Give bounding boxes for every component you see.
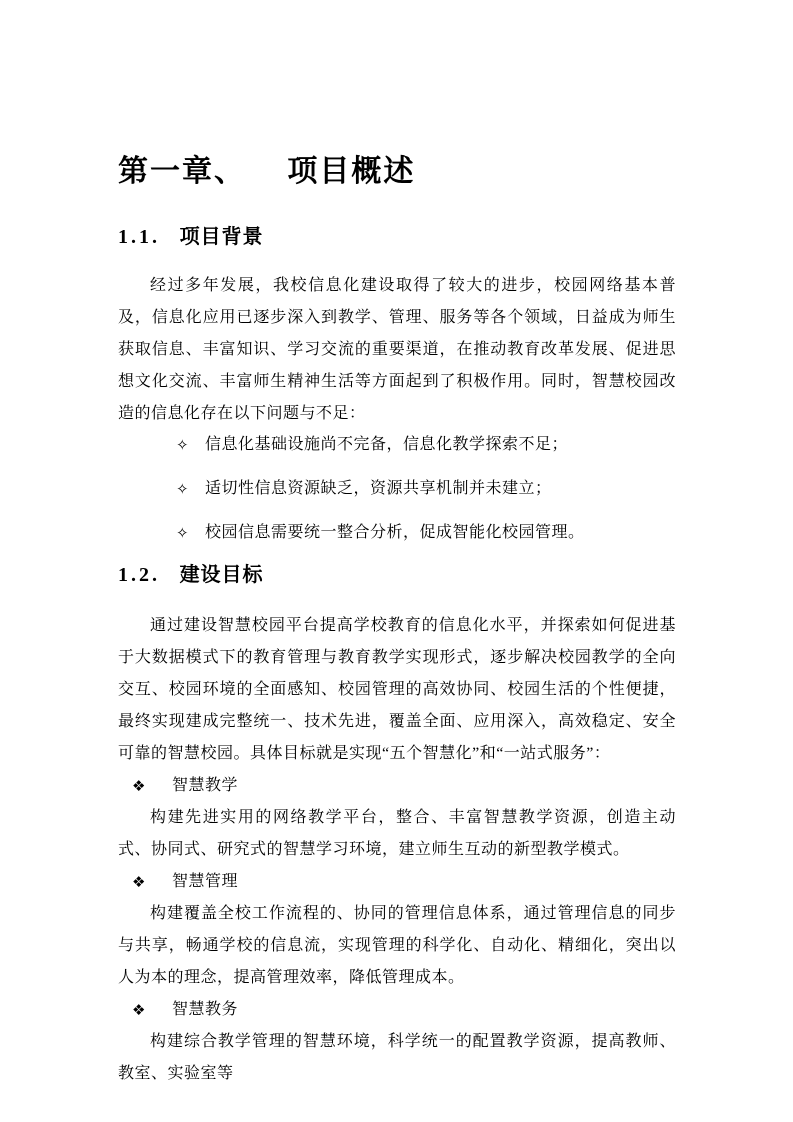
list-item-text: 校园信息需要统一整合分析，促成智能化校园管理。 [205,524,585,541]
chapter-title-text: 项目概述 [287,155,415,188]
list-item: ✧ 适切性信息资源缺乏，资源共享机制并未建立； [118,474,676,504]
filled-diamond-bullet-icon: ❖ [132,994,146,1026]
goal-body: 构建综合教学管理的智慧环境，科学统一的配置教学资源，提高教师、教室、实验室等 [118,1026,676,1090]
list-item-text: 信息化基础设施尚不完备，信息化教学探索不足； [205,436,568,453]
filled-diamond-bullet-icon: ❖ [132,866,146,898]
open-diamond-bullet-icon: ✧ [176,518,189,548]
filled-diamond-bullet-icon: ❖ [132,770,146,802]
list-item-text: 适切性信息资源缺乏，资源共享机制并未建立； [205,480,552,497]
background-paragraph: 经过多年发展，我校信息化建设取得了较大的进步，校园网络基本普及，信息化应用已逐步… [118,270,676,430]
goal-heading: ❖ 智慧教学 [118,770,676,802]
list-item: ✧ 信息化基础设施尚不完备，信息化教学探索不足； [118,430,676,460]
chapter-number: 第一章、 [118,155,246,188]
open-diamond-bullet-icon: ✧ [176,474,189,504]
document-page: 第一章、 项目概述 1.1. 项目背景 经过多年发展，我校信息化建设取得了较大的… [0,0,793,1122]
section-heading-text: 建设目标 [180,564,264,586]
list-item: ✧ 校园信息需要统一整合分析，促成智能化校园管理。 [118,518,676,548]
section-number: 1.2. [118,564,160,586]
section-construction-goals: 1.2. 建设目标 通过建设智慧校园平台提高学校教育的信息化水平，并探索如何促进… [118,562,676,1090]
goal-smart-teaching: ❖ 智慧教学 构建先进实用的网络教学平台，整合、丰富智慧教学资源，创造主动式、协… [118,770,676,866]
goal-title: 智慧教学 [172,777,238,794]
section-project-background: 1.1. 项目背景 经过多年发展，我校信息化建设取得了较大的进步，校园网络基本普… [118,224,676,548]
goal-heading: ❖ 智慧教务 [118,994,676,1026]
goal-smart-academic-affairs: ❖ 智慧教务 构建综合教学管理的智慧环境，科学统一的配置教学资源，提高教师、教室… [118,994,676,1090]
goal-body: 构建先进实用的网络教学平台，整合、丰富智慧教学资源，创造主动式、协同式、研究式的… [118,802,676,866]
goal-title: 智慧教务 [172,1001,238,1018]
goals-intro-paragraph: 通过建设智慧校园平台提高学校教育的信息化水平，并探索如何促进基于大数据模式下的教… [118,610,676,770]
section-number: 1.1. [118,226,160,248]
open-diamond-bullet-icon: ✧ [176,430,189,460]
goal-title: 智慧管理 [172,873,238,890]
goal-heading: ❖ 智慧管理 [118,866,676,898]
goal-smart-management: ❖ 智慧管理 构建覆盖全校工作流程的、协同的管理信息体系，通过管理信息的同步与共… [118,866,676,994]
section-heading-text: 项目背景 [180,226,264,248]
issue-list: ✧ 信息化基础设施尚不完备，信息化教学探索不足； ✧ 适切性信息资源缺乏，资源共… [118,430,676,548]
section-heading-1-1: 1.1. 项目背景 [118,224,676,250]
chapter-title: 第一章、 项目概述 [118,152,676,192]
section-heading-1-2: 1.2. 建设目标 [118,562,676,588]
goal-body: 构建覆盖全校工作流程的、协同的管理信息体系，通过管理信息的同步与共享，畅通学校的… [118,898,676,994]
